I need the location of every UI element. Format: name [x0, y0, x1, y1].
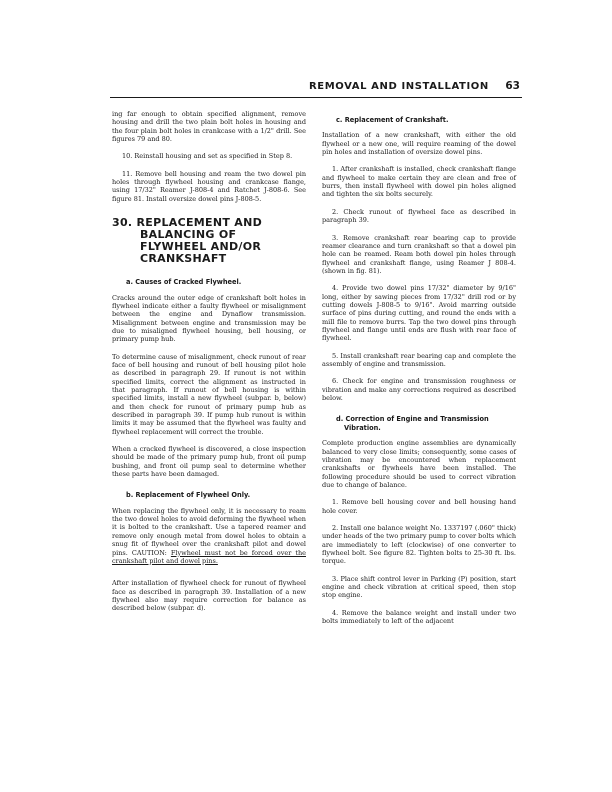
- step-3: 3. Place shift control lever in Parking …: [322, 575, 516, 600]
- step-3: 3. Remove crankshaft rear bearing cap to…: [322, 234, 516, 276]
- step-2: 2. Check runout of flywheel face as desc…: [322, 208, 516, 225]
- step-4: 4. Remove the balance weight and install…: [322, 609, 516, 626]
- paragraph: After installation of flywheel check for…: [112, 579, 306, 612]
- paragraph-with-caution: When replacing the flywheel only, it is …: [112, 507, 306, 565]
- paragraph: Cracks around the outer edge of cranksha…: [112, 294, 306, 344]
- caution-label: CAUTION:: [132, 549, 167, 557]
- subheading-a: a. Causes of Cracked Flywheel.: [126, 278, 306, 286]
- header-rule: [110, 97, 522, 98]
- page-number: 63: [505, 80, 520, 92]
- section-heading-30: 30. REPLACEMENT AND BALANCING OF FLYWHEE…: [112, 217, 306, 265]
- step-10: 10. Reinstall housing and set as specifi…: [112, 152, 306, 160]
- step-1: 1. After crankshaft is installed, check …: [322, 165, 516, 198]
- paragraph: Complete production engine assemblies ar…: [322, 439, 516, 489]
- paragraph: When a cracked flywheel is discovered, a…: [112, 445, 306, 478]
- step-4: 4. Provide two dowel pins 17/32" diamete…: [322, 284, 516, 342]
- step-5: 5. Install crankshaft rear bearing cap a…: [322, 352, 516, 369]
- paragraph: ing far enough to obtain specified align…: [112, 110, 306, 143]
- running-title: REMOVAL AND INSTALLATION: [309, 81, 489, 92]
- left-column: ing far enough to obtain specified align…: [112, 110, 306, 622]
- paragraph: Installation of a new crankshaft, with e…: [322, 131, 516, 156]
- step-1: 1. Remove bell housing cover and bell ho…: [322, 498, 516, 515]
- subheading-d: d. Correction of Engine and Transmission…: [336, 415, 516, 432]
- paragraph: To determine cause of misalignment, chec…: [112, 353, 306, 436]
- step-11: 11. Remove bell housing and ream the two…: [112, 170, 306, 203]
- step-6: 6. Check for engine and transmission rou…: [322, 377, 516, 402]
- right-column: c. Replacement of Crankshaft. Installati…: [322, 110, 516, 634]
- step-2: 2. Install one balance weight No. 133719…: [322, 524, 516, 566]
- subheading-b: b. Replacement of Flywheel Only.: [126, 491, 306, 499]
- page-header: REMOVAL AND INSTALLATION 63: [110, 80, 522, 98]
- subheading-c: c. Replacement of Crankshaft.: [336, 116, 516, 124]
